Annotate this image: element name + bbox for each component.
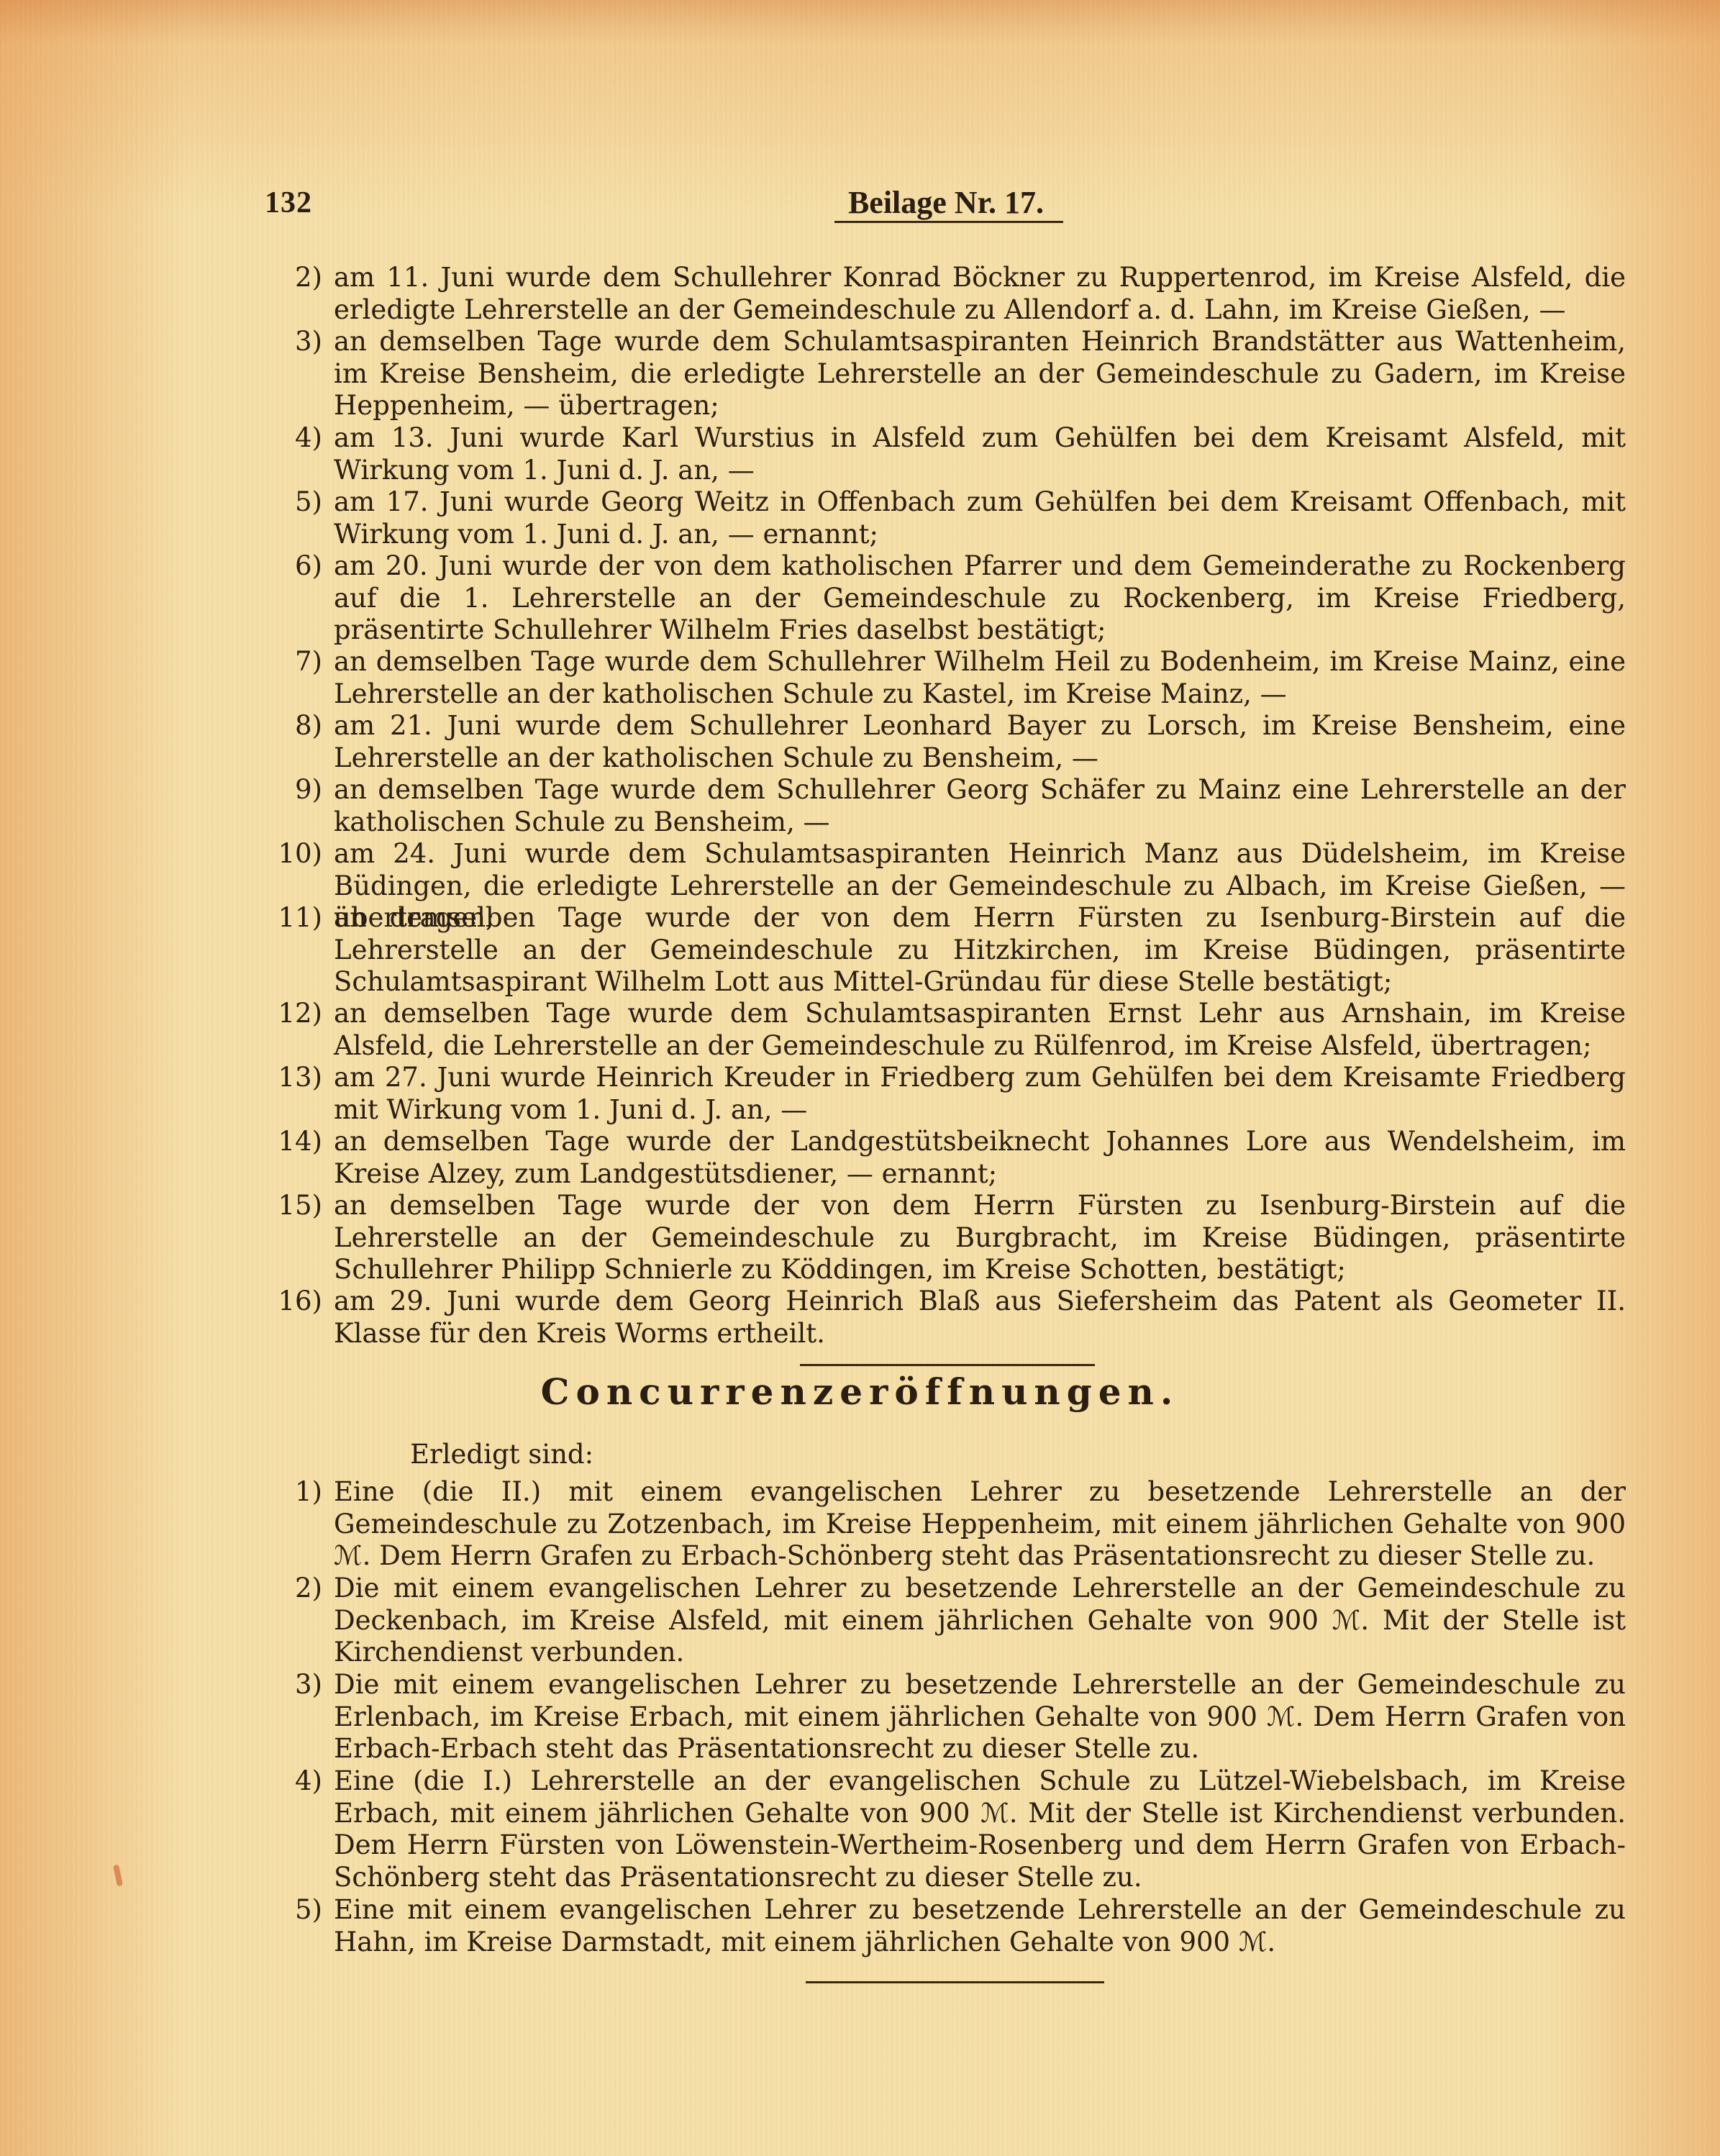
item-number: 16) <box>262 1286 322 1318</box>
item-number: 12) <box>262 998 322 1030</box>
item-number: 3) <box>281 1669 322 1701</box>
item-text: Eine (die I.) Lehrerstelle an der evange… <box>334 1765 1626 1893</box>
item-text: an demselben Tage wurde der von dem Herr… <box>334 1190 1626 1286</box>
appointment-item: 14) an demselben Tage wurde der Landgest… <box>288 1126 1626 1190</box>
item-number: 7) <box>281 646 322 678</box>
item-text: an demselben Tage wurde dem Schulamtsasp… <box>334 998 1626 1062</box>
appointment-item: 15) an demselben Tage wurde der von dem … <box>288 1190 1626 1286</box>
appointment-item: 6) am 20. Juni wurde der von dem katholi… <box>288 550 1626 647</box>
vacancy-item: 1) Eine (die II.) mit einem evangelische… <box>288 1476 1626 1573</box>
item-text: Die mit einem evangelischen Lehrer zu be… <box>334 1573 1626 1669</box>
item-number: 5) <box>281 1894 322 1927</box>
item-text: am 21. Juni wurde dem Schullehrer Leonha… <box>334 710 1626 774</box>
item-number: 6) <box>281 550 322 583</box>
appointment-item: 7) an demselben Tage wurde dem Schullehr… <box>288 646 1626 710</box>
item-text: Eine mit einem evangelischen Lehrer zu b… <box>334 1894 1626 1958</box>
end-divider <box>806 1981 1104 1983</box>
vacancy-item: 5) Eine mit einem evangelischen Lehrer z… <box>288 1894 1626 1958</box>
vacancy-item: 3) Die mit einem evangelischen Lehrer zu… <box>288 1669 1626 1765</box>
item-text: an demselben Tage wurde dem Schullehrer … <box>334 646 1626 710</box>
appointment-item: 11) an demselben Tage wurde der von dem … <box>288 902 1626 999</box>
item-text: am 29. Juni wurde dem Georg Heinrich Bla… <box>334 1286 1626 1350</box>
item-number: 8) <box>281 710 322 742</box>
item-text: an demselben Tage wurde der Landgestütsb… <box>334 1126 1626 1190</box>
item-number: 11) <box>262 902 322 934</box>
appointment-item: 8) am 21. Juni wurde dem Schullehrer Leo… <box>288 710 1626 774</box>
item-text: an demselben Tage wurde dem Schulamtsasp… <box>334 326 1626 422</box>
item-number: 4) <box>281 422 322 455</box>
item-text: an demselben Tage wurde dem Schullehrer … <box>334 774 1626 838</box>
page-number: 132 <box>265 186 312 220</box>
ink-stain-mark <box>113 1864 123 1886</box>
item-number: 3) <box>281 326 322 358</box>
item-text: am 27. Juni wurde Heinrich Kreuder in Fr… <box>334 1062 1626 1126</box>
item-text: Die mit einem evangelischen Lehrer zu be… <box>334 1669 1626 1765</box>
item-text: an demselben Tage wurde der von dem Herr… <box>334 902 1626 999</box>
item-number: 14) <box>262 1126 322 1158</box>
section-heading: Concurrenzeröffnungen. <box>0 1370 1720 1413</box>
item-number: 13) <box>262 1062 322 1094</box>
item-number: 2) <box>281 262 322 294</box>
item-text: am 13. Juni wurde Karl Wurstius in Alsfe… <box>334 422 1626 486</box>
item-number: 15) <box>262 1190 322 1222</box>
appointment-item: 16) am 29. Juni wurde dem Georg Heinrich… <box>288 1286 1626 1350</box>
appointment-item: 4) am 13. Juni wurde Karl Wurstius in Al… <box>288 422 1626 486</box>
item-text: am 17. Juni wurde Georg Weitz in Offenba… <box>334 486 1626 550</box>
appointment-item: 13) am 27. Juni wurde Heinrich Kreuder i… <box>288 1062 1626 1126</box>
item-number: 4) <box>281 1765 322 1798</box>
vacancy-item: 4) Eine (die I.) Lehrerstelle an der eva… <box>288 1765 1626 1893</box>
appointment-item: 12) an demselben Tage wurde dem Schulamt… <box>288 998 1626 1062</box>
appointment-item: 9) an demselben Tage wurde dem Schullehr… <box>288 774 1626 838</box>
vacancy-item: 2) Die mit einem evangelischen Lehrer zu… <box>288 1573 1626 1669</box>
item-number: 10) <box>262 838 322 870</box>
item-number: 1) <box>281 1476 322 1509</box>
item-text: am 11. Juni wurde dem Schullehrer Konrad… <box>334 262 1626 326</box>
section-divider <box>800 1364 1095 1366</box>
item-number: 5) <box>281 486 322 519</box>
appointment-item: 5) am 17. Juni wurde Georg Weitz in Offe… <box>288 486 1626 550</box>
appointment-item: 3) an demselben Tage wurde dem Schulamts… <box>288 326 1626 422</box>
item-text: Eine (die II.) mit einem evangelischen L… <box>334 1476 1626 1573</box>
item-number: 2) <box>281 1573 322 1605</box>
item-number: 9) <box>281 774 322 806</box>
item-text: am 20. Juni wurde der von dem katholisch… <box>334 550 1626 647</box>
header-underline <box>834 221 1063 223</box>
section-intro: Erledigt sind: <box>410 1439 593 1471</box>
appointment-item: 2) am 11. Juni wurde dem Schullehrer Kon… <box>288 262 1626 326</box>
running-header: Beilage Nr. 17. <box>834 184 1057 221</box>
